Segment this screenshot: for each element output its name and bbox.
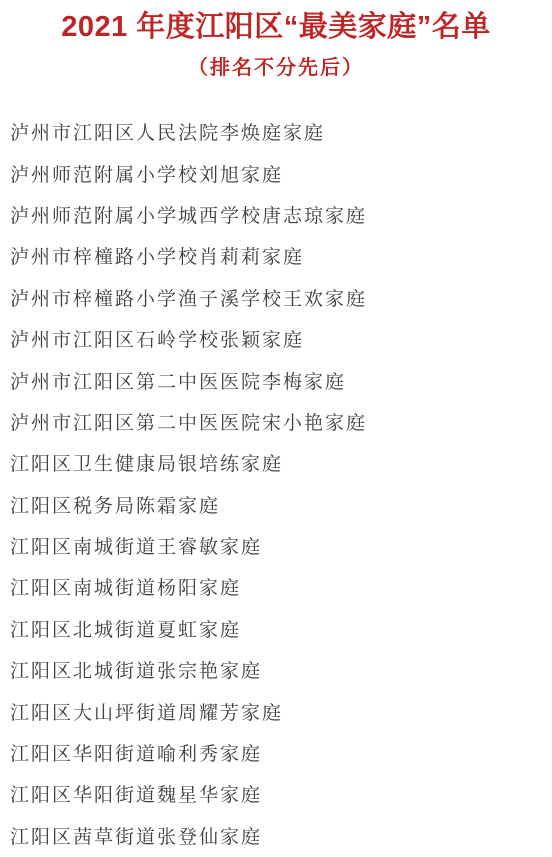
family-list-item: 江阳区大山坪街道周耀芳家庭 (10, 690, 546, 731)
family-list-item: 泸州师范附属小学校刘旭家庭 (10, 152, 546, 193)
family-list-item: 江阳区卫生健康局银培练家庭 (10, 442, 546, 483)
family-list-item: 泸州师范附属小学城西学校唐志琼家庭 (10, 194, 546, 235)
page-title: 2021 年度江阳区“最美家庭”名单 (0, 0, 552, 45)
family-list-item: 泸州市江阳区人民法院李焕庭家庭 (10, 111, 546, 152)
page-subtitle: （排名不分先后） (0, 55, 552, 82)
family-list-item: 泸州市梓橦路小学渔子溪学校王欢家庭 (10, 277, 546, 318)
family-list-item: 泸州市梓橦路小学校肖莉莉家庭 (10, 235, 546, 276)
family-list-item: 江阳区华阳街道魏星华家庭 (10, 773, 546, 814)
family-list-item: 泸州市江阳区石岭学校张颖家庭 (10, 318, 546, 359)
family-list-item: 江阳区北城街道夏虹家庭 (10, 608, 546, 649)
announcement-document: 2021 年度江阳区“最美家庭”名单 （排名不分先后） 泸州市江阳区人民法院李焕… (0, 0, 552, 857)
family-list-item: 江阳区北城街道张宗艳家庭 (10, 649, 546, 690)
family-list-item: 泸州市江阳区第二中医医院宋小艳家庭 (10, 401, 546, 442)
family-list-item: 江阳区茜草街道张登仙家庭 (10, 815, 546, 856)
family-list-item: 江阳区南城街道王睿敏家庭 (10, 525, 546, 566)
family-list: 泸州市江阳区人民法院李焕庭家庭泸州师范附属小学校刘旭家庭泸州师范附属小学城西学校… (0, 111, 552, 856)
family-list-item: 泸州市江阳区第二中医医院李梅家庭 (10, 359, 546, 400)
family-list-item: 江阳区税务局陈霜家庭 (10, 484, 546, 525)
family-list-item: 江阳区华阳街道喻利秀家庭 (10, 732, 546, 773)
family-list-item: 江阳区南城街道杨阳家庭 (10, 566, 546, 607)
